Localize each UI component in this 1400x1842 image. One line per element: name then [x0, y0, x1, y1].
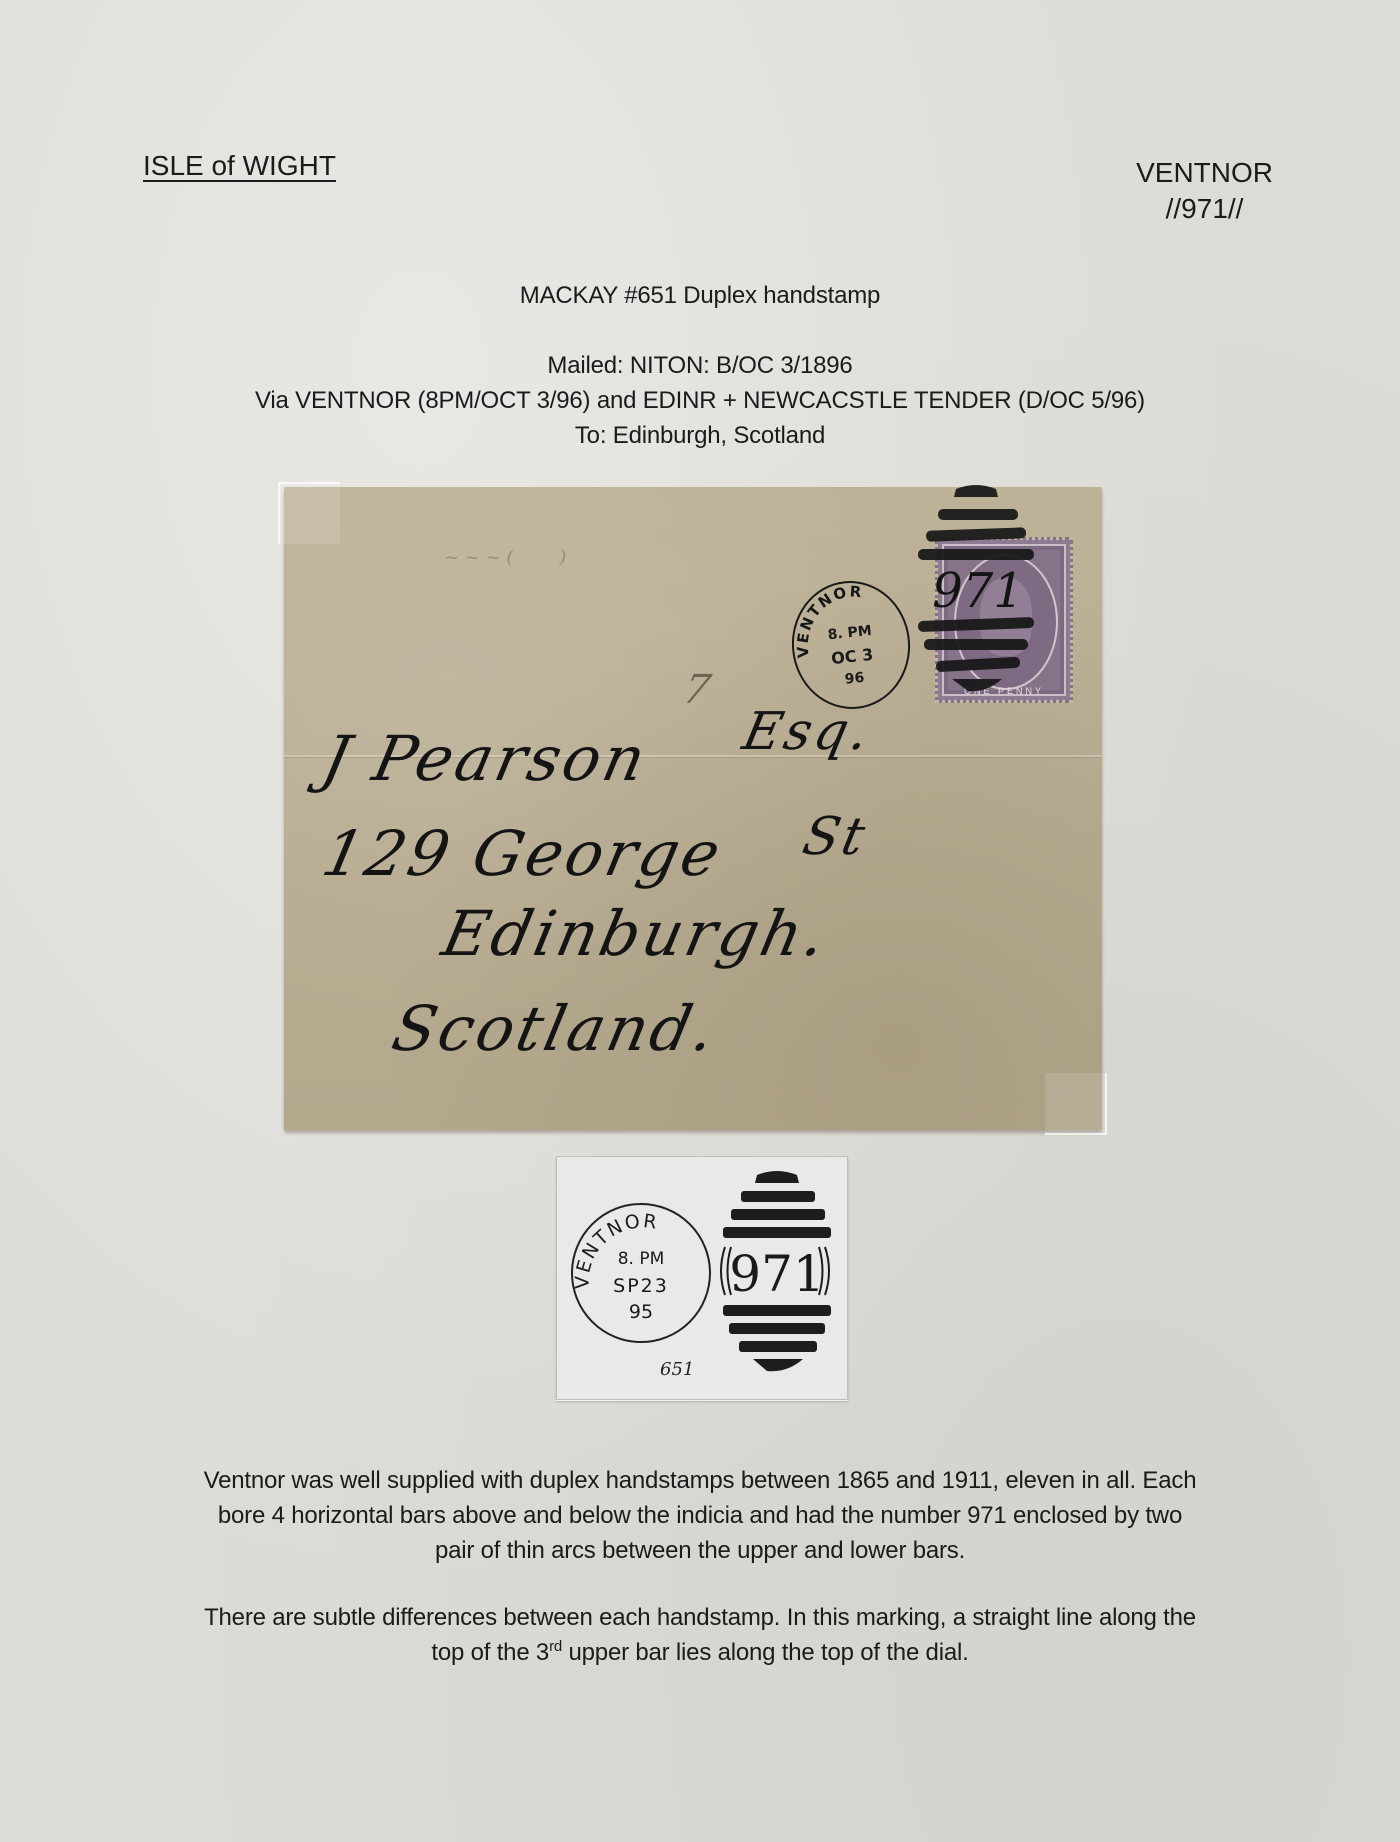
address-line-street: 129 George	[316, 817, 729, 890]
commentary-line: top of the 3rd upper bar lies along the …	[0, 1635, 1400, 1670]
commentary-line: Ventnor was well supplied with duplex ha…	[0, 1463, 1400, 1498]
faint-pencil-notes: ~ ~ ~ ( )	[444, 547, 704, 617]
proof-datestamp-date: SP23	[573, 1275, 709, 1297]
proof-datestamp-time: 8. PM	[573, 1249, 709, 1269]
photo-mount-corner	[1045, 1073, 1107, 1135]
commentary-line: bore 4 horizontal bars above and below t…	[0, 1498, 1400, 1533]
ordinal-suffix: rd	[549, 1638, 562, 1655]
postal-cover: ~ ~ ~ ( ) ONE PENNY 971 VENTNOR 8. PM	[284, 487, 1102, 1130]
numeral-killer-cancel: 971	[906, 479, 1046, 699]
office-number: //971//	[1136, 191, 1273, 227]
address-street-suffix: St	[798, 807, 873, 867]
post-town-heading: VENTNOR //971//	[1136, 155, 1273, 227]
commentary-paragraph-differences: There are subtle differences between eac…	[0, 1600, 1400, 1670]
mailed-line: Mailed: NITON: B/OC 3/1896	[0, 348, 1400, 383]
commentary-text: upper bar lies along the top of the dial…	[562, 1639, 969, 1666]
routing-details: Mailed: NITON: B/OC 3/1896 Via VENTNOR (…	[0, 348, 1400, 453]
proof-catalog-number: 651	[660, 1359, 694, 1380]
proof-circular-datestamp: VENTNOR 8. PM SP23 95	[571, 1203, 711, 1343]
region-title: ISLE of WIGHT	[143, 150, 336, 182]
address-esquire: Esq.	[738, 702, 877, 762]
commentary-line: There are subtle differences between eac…	[0, 1600, 1400, 1635]
pencil-mark: 7	[679, 667, 717, 713]
commentary-text: top of the 3	[431, 1639, 549, 1666]
proof-strike-illustration: VENTNOR 8. PM SP23 95 971 651	[556, 1156, 848, 1400]
proof-datestamp-year: 95	[573, 1301, 709, 1323]
commentary-line: pair of thin arcs between the upper and …	[0, 1533, 1400, 1568]
catalog-reference: MACKAY #651 Duplex handstamp	[0, 278, 1400, 313]
photo-mount-corner	[278, 482, 340, 544]
address-line-country: Scotland.	[386, 992, 724, 1065]
address-line-city: Edinburgh.	[436, 897, 835, 970]
killer-number: 971	[932, 563, 1024, 619]
via-line: Via VENTNOR (8PM/OCT 3/96) and EDINR + N…	[0, 383, 1400, 418]
proof-numeral-killer: 971	[715, 1167, 841, 1377]
circular-datestamp: VENTNOR 8. PM OC 3 96	[786, 575, 917, 715]
destination-line: To: Edinburgh, Scotland	[0, 418, 1400, 453]
post-town-name: VENTNOR	[1136, 155, 1273, 191]
address-line-name: J Pearson	[316, 722, 654, 795]
proof-killer-number: 971	[729, 1245, 824, 1303]
commentary-paragraph-history: Ventnor was well supplied with duplex ha…	[0, 1463, 1400, 1568]
